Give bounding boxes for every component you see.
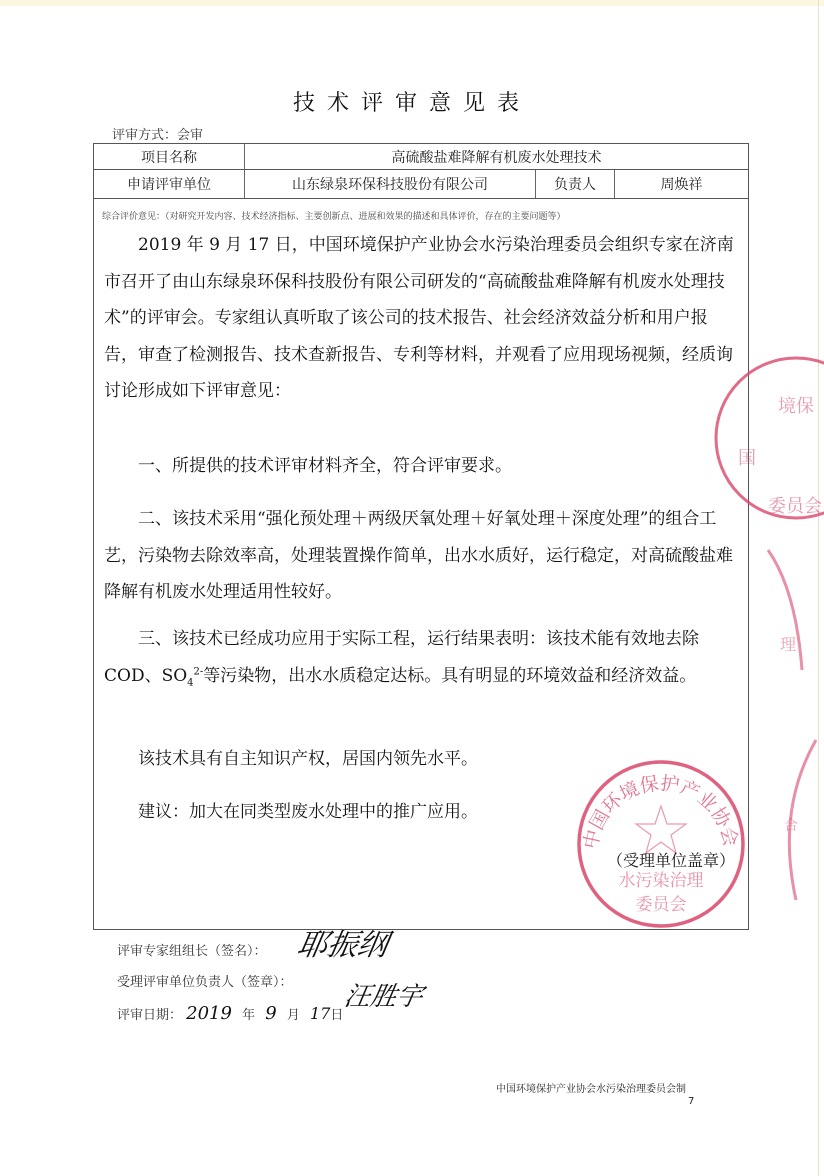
project-name-label: 项目名称 [94, 144, 245, 169]
svg-text:理: 理 [780, 635, 796, 654]
opinion-text-2: 一、所提供的技术评审材料齐全，符合评审要求。 [138, 456, 512, 476]
unit-head-signature: 汪胜宇 [342, 976, 427, 1013]
opinion-paragraph-5: 该技术具有自主知识产权，居国内领先水平。 [104, 741, 740, 778]
review-date-day-unit: 日 [330, 1008, 343, 1023]
applicant-value: 山东绿泉环保科技股份有限公司 [245, 170, 536, 198]
applicant-label: 申请评审单位 [94, 170, 245, 198]
opinion-paragraph-3: 二、该技术采用“强化预处理＋两级厌氧处理＋好氧处理＋深度处理”的组合工艺，污染物… [104, 501, 740, 611]
opinion-hint: 综合评价意见：（对研究开发内容、技术经济指标、主要创新点、进展和效果的描述和具体… [102, 209, 566, 222]
scan-right-edge [818, 0, 819, 1176]
review-date-label: 评审日期： [117, 1008, 182, 1023]
opinion-text-4b: 等污染物，出水水质稳定达标。具有明显的环境效益和经济效益。 [203, 666, 696, 686]
review-date-month-unit: 月 [287, 1008, 300, 1023]
review-date: 评审日期： 2019 年 9 月 17日 [117, 1003, 343, 1024]
project-name-value: 高硫酸盐难降解有机废水处理技术 [245, 144, 748, 169]
svg-text:境保: 境保 [778, 396, 814, 417]
edge-seal-lower-icon: 理 合 [756, 530, 824, 920]
project-name-row: 项目名称 高硫酸盐难降解有机废水处理技术 [94, 144, 748, 170]
leader-signature: 耶振纲 [294, 920, 392, 964]
responsible-label: 负责人 [536, 170, 615, 198]
opinion-text-5: 该技术具有自主知识产权，居国内领先水平。 [138, 749, 478, 769]
svg-text:委员会: 委员会 [768, 496, 822, 517]
so4-subscript: 4 [187, 677, 193, 688]
review-form-table: 项目名称 高硫酸盐难降解有机废水处理技术 申请评审单位 山东绿泉环保科技股份有限… [93, 143, 749, 930]
page-title: 技术评审意见表 [0, 86, 824, 117]
review-method: 评审方式：会审 [112, 124, 203, 143]
unit-head-signature-label: 受理评审单位负责人（签章）： [117, 971, 293, 990]
opinion-paragraph-4: 三、该技术已经成功应用于实际工程，运行结果表明：该技术能有效地去除 COD、SO… [104, 621, 740, 694]
opinion-text-3: 二、该技术采用“强化预处理＋两级厌氧处理＋好氧处理＋深度处理”的组合工艺，污染物… [104, 509, 733, 602]
leader-signature-label: 评审专家组组长（签名）： [117, 940, 267, 959]
opinion-text-1: 2019 年 9 月 17 日，中国环境保护产业协会水污染治理委员会组织专家在济… [104, 235, 734, 401]
review-date-year-unit: 年 [242, 1008, 255, 1023]
review-date-year: 2019 [186, 1003, 232, 1024]
opinion-paragraph-6: 建议：加大在同类型废水处理中的推广应用。 [104, 794, 740, 831]
footer-issuer: 中国环境保护产业协会水污染治理委员会制 [496, 1080, 686, 1095]
responsible-value: 周焕祥 [615, 170, 748, 198]
scan-top-strip [0, 0, 824, 6]
opinion-cell: 综合评价意见：（对研究开发内容、技术经济指标、主要创新点、进展和效果的描述和具体… [94, 199, 748, 929]
page-number: 7 [688, 1096, 694, 1107]
review-date-month: 9 [265, 1003, 276, 1024]
svg-text:合: 合 [784, 818, 798, 834]
opinion-text-6: 建议：加大在同类型废水处理中的推广应用。 [138, 802, 478, 822]
opinion-paragraph-1: 2019 年 9 月 17 日，中国环境保护产业协会水污染治理委员会组织专家在济… [104, 227, 740, 410]
review-date-day: 17 [310, 1004, 330, 1023]
applicant-row: 申请评审单位 山东绿泉环保科技股份有限公司 负责人 周焕祥 [94, 170, 748, 199]
opinion-paragraph-2: 一、所提供的技术评审材料齐全，符合评审要求。 [104, 448, 740, 485]
so4-superscript: 2- [194, 666, 204, 677]
stamp-note: （受理单位盖章） [607, 848, 735, 871]
